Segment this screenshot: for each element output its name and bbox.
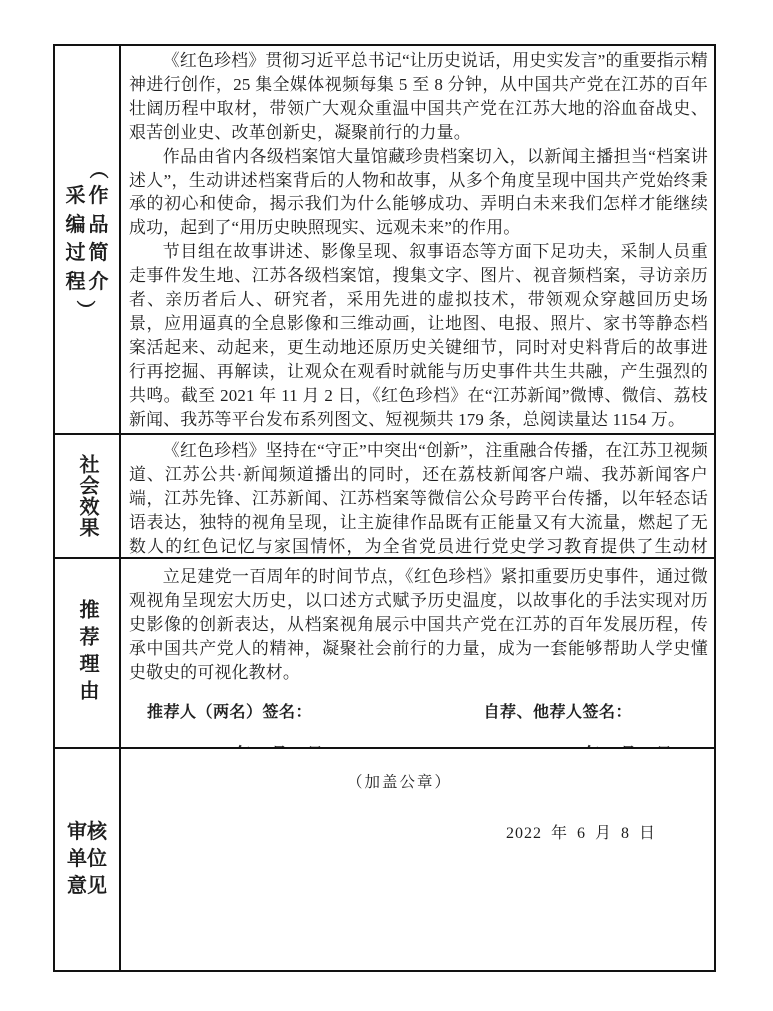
review-unit-content-cell: （加盖公章） 2022 年 6 月 8 日 (121, 749, 714, 970)
signature-label-row: 推荐人（两名）签名： 自荐、他荐人签名： (129, 699, 708, 722)
review-unit-label-cell: 审核单位意见 (55, 749, 121, 970)
vertical-open-paren: （ (90, 160, 105, 179)
scanned-entry-form-page: （ 采作 编品 过简 程介 ） 《红色珍档》贯彻习近平总书记“让历史说话，用史实… (0, 0, 773, 1011)
recommendation-vertical-label: 推荐理由 (77, 599, 97, 707)
recommendation-label-cell: 推荐理由 (55, 559, 121, 747)
recommender-signature-label: 推荐人（两名）签名： (147, 699, 312, 722)
social-effect-label-cell: 社会效果 (55, 435, 121, 557)
label-char-row: 采作 (66, 182, 112, 211)
work-intro-paragraph-2: 作品由省内各级档案馆大量馆藏珍贵档案切入，以新闻主播担当“档案讲述人”，生动讲述… (129, 145, 708, 241)
recommendation-paragraph: 立足建党一百周年的时间节点，《红色珍档》紧扣重要历史事件，通过微观视角呈现宏大历… (129, 565, 708, 685)
review-unit-date: 2022 年 6 月 8 日 (121, 820, 714, 843)
recommendation-content-cell: 立足建党一百周年的时间节点，《红色珍档》紧扣重要历史事件，通过微观视角呈现宏大历… (121, 559, 714, 747)
section-work-intro: （ 采作 编品 过简 程介 ） 《红色珍档》贯彻习近平总书记“让历史说话，用史实… (55, 46, 714, 433)
social-effect-paragraph: 《红色珍档》坚持在“守正”中突出“创新”，注重融合传播，在江苏卫视频道、江苏公共… (129, 439, 708, 557)
work-intro-content-cell: 《红色珍档》贯彻习近平总书记“让历史说话，用史实发言”的重要指示精神进行创作，2… (121, 46, 714, 433)
work-intro-paragraph-1: 《红色珍档》贯彻习近平总书记“让历史说话，用史实发言”的重要指示精神进行创作，2… (129, 49, 708, 145)
label-char-row: 过简 (66, 239, 112, 268)
work-intro-vertical-label: （ 采作 编品 过简 程介 ） (66, 162, 109, 317)
entry-form-table: （ 采作 编品 过简 程介 ） 《红色珍档》贯彻习近平总书记“让历史说话，用史实… (53, 44, 716, 972)
social-effect-vertical-label: 社会效果 (77, 454, 97, 538)
vertical-close-paren: ） (77, 300, 92, 319)
section-social-effect: 社会效果 《红色珍档》坚持在“守正”中突出“创新”，注重融合传播，在江苏卫视频道… (55, 433, 714, 557)
official-seal-note: （加盖公章） (347, 770, 714, 792)
self-recommend-signature-label: 自荐、他荐人签名： (483, 699, 632, 722)
review-unit-label: 审核单位意见 (66, 819, 108, 900)
label-char-row: 编品 (66, 211, 112, 240)
section-review-unit-opinion: 审核单位意见 （加盖公章） 2022 年 6 月 8 日 (55, 747, 714, 970)
section-recommendation: 推荐理由 立足建党一百周年的时间节点，《红色珍档》紧扣重要历史事件，通过微观视角… (55, 557, 714, 747)
work-intro-label-cell: （ 采作 编品 过简 程介 ） (55, 46, 121, 433)
work-intro-paragraph-3: 节目组在故事讲述、影像呈现、叙事语态等方面下足功夫，采制人员重走事件发生地、江苏… (129, 240, 708, 431)
social-effect-content-cell: 《红色珍档》坚持在“守正”中突出“创新”，注重融合传播，在江苏卫视频道、江苏公共… (121, 435, 714, 557)
label-char-row: 程介 (66, 268, 112, 297)
